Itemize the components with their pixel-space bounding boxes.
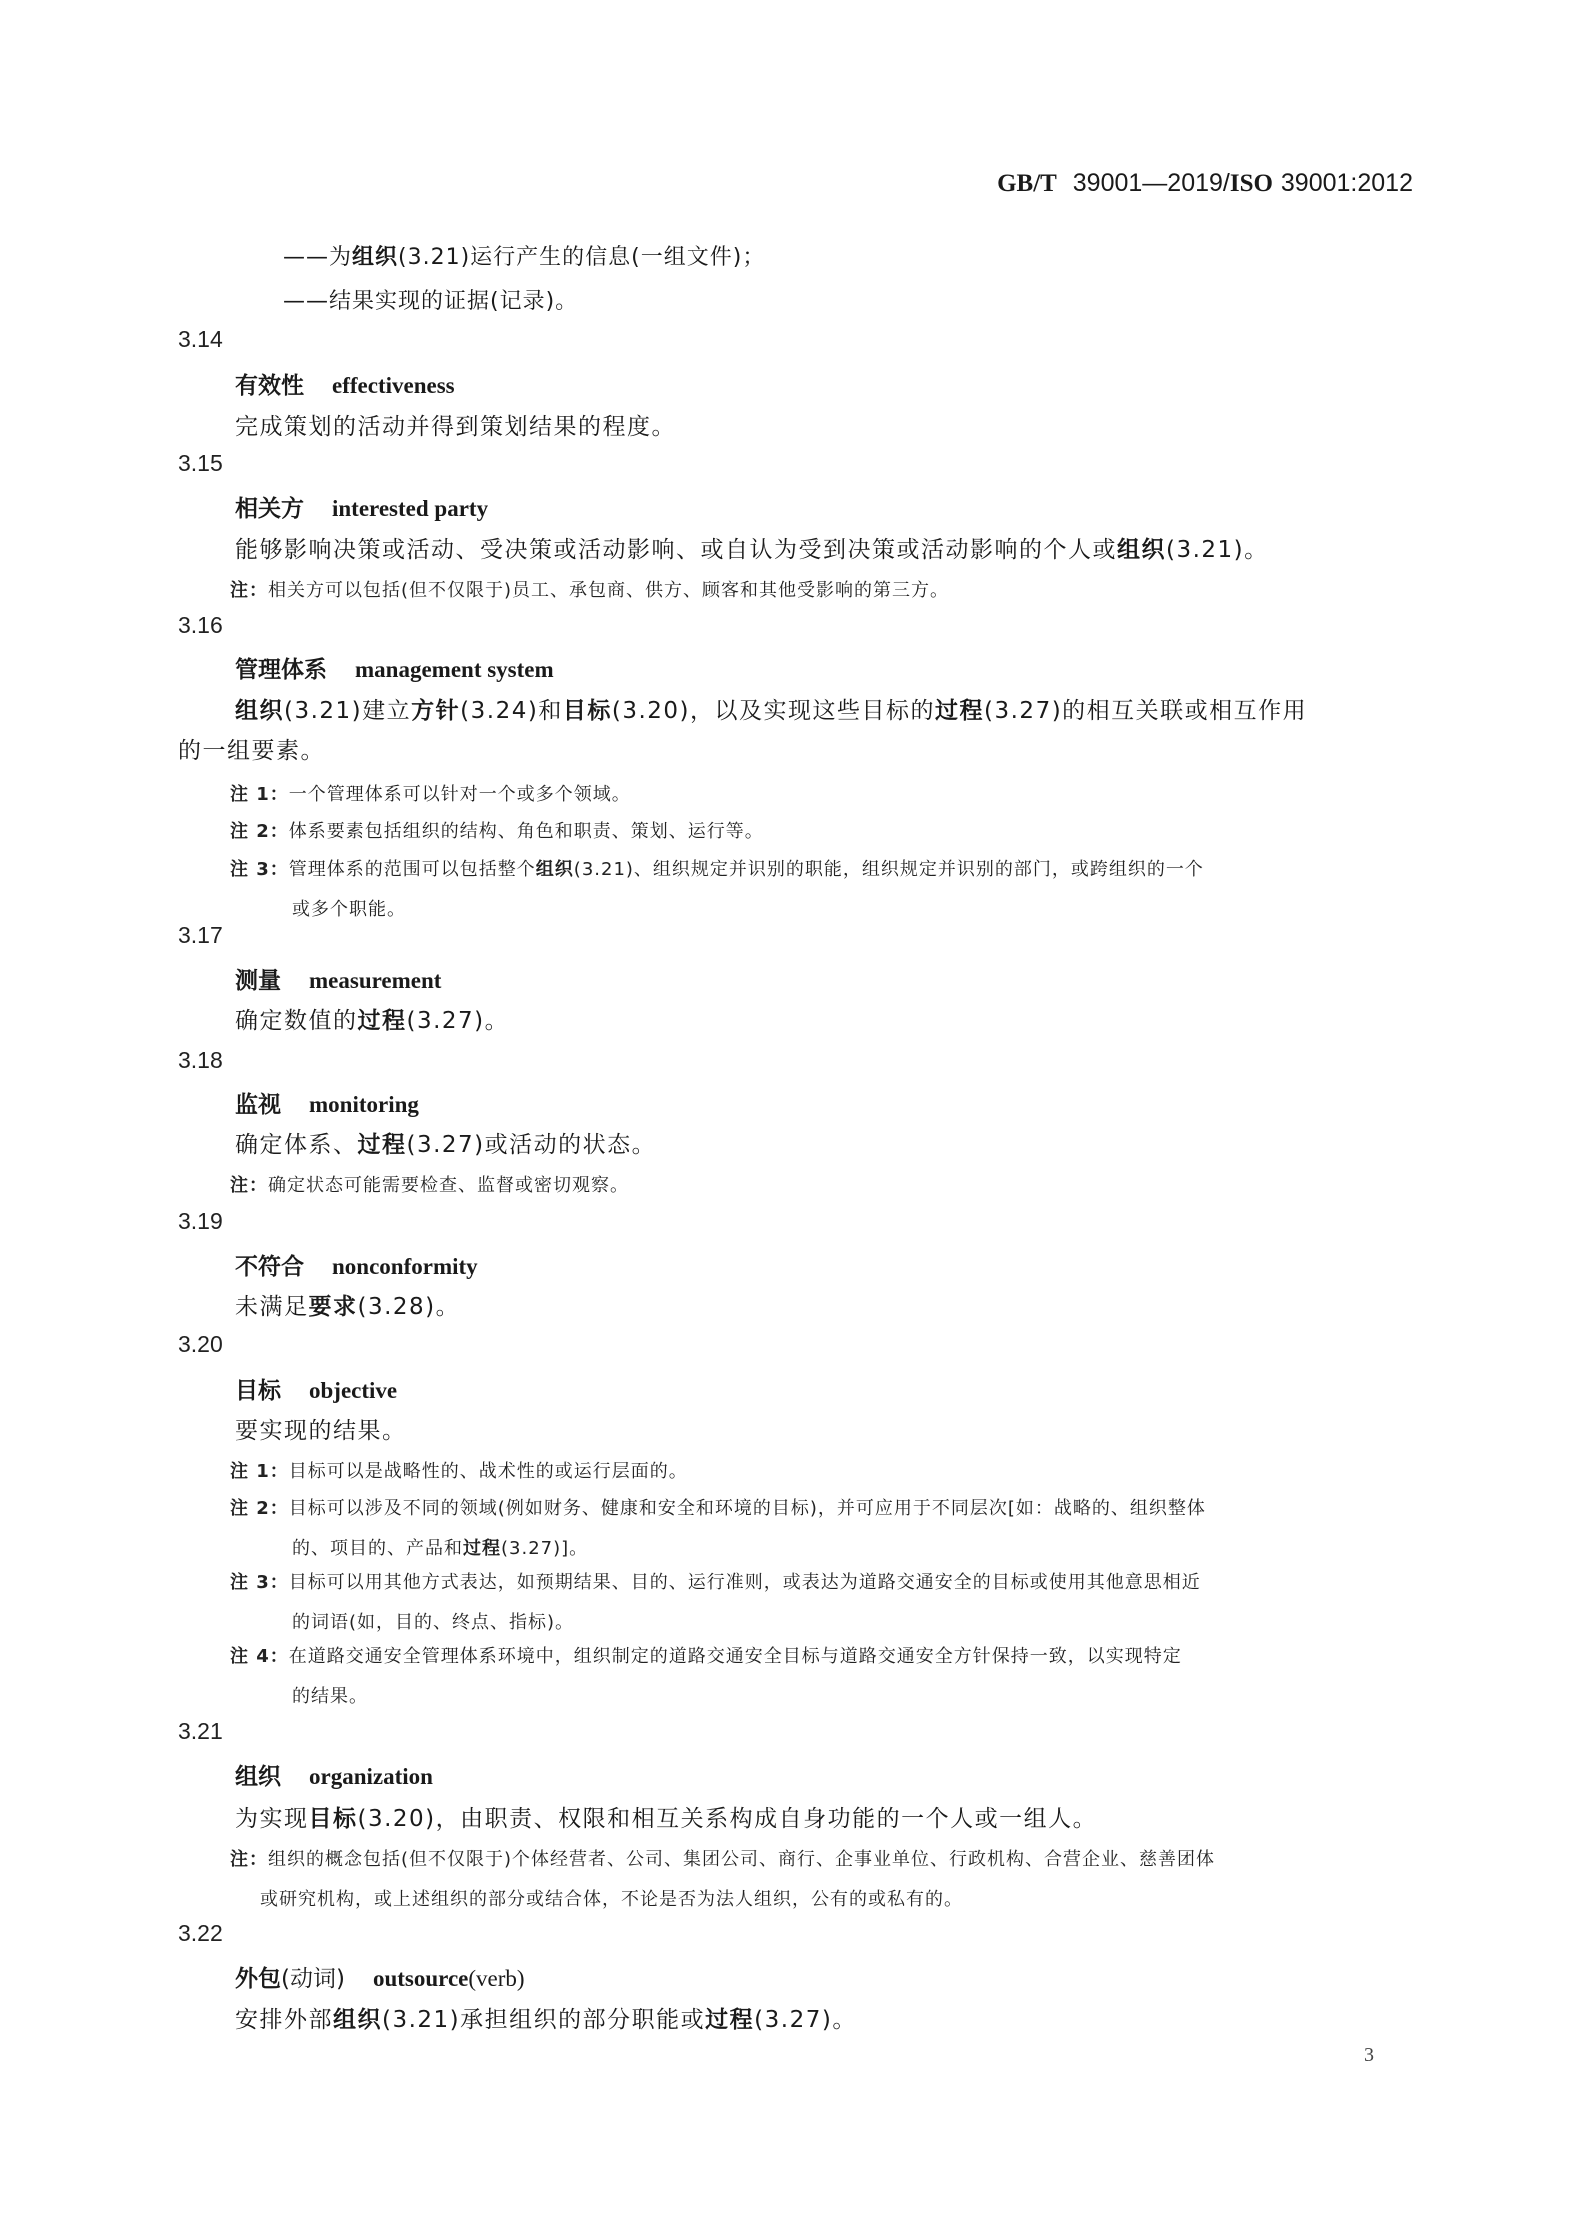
note-label: 注 3：: [230, 859, 289, 880]
definition-text: 安排外部: [235, 2007, 333, 2033]
note-continuation: 或研究机构，或上述组织的部分或结合体，不论是否为法人组织，公有的或私有的。: [260, 1885, 1215, 1911]
term-en: outsource: [373, 1966, 468, 1991]
definition: 确定数值的过程(3.27)。: [235, 1002, 509, 1035]
section-number: 3.16: [178, 612, 223, 639]
term-heading: 监视monitoring: [235, 1086, 419, 1119]
definition-text: (3.20)，由职责、权限和相互关系构成自身功能的一个人或一组人。: [358, 1806, 1098, 1832]
term-heading: 目标objective: [235, 1372, 397, 1405]
section-number: 3.19: [178, 1208, 223, 1235]
note-label: 注：: [230, 1175, 268, 1196]
term-heading: 不符合nonconformity: [235, 1248, 478, 1281]
term-zh: 相关方: [235, 496, 304, 522]
term-reference: 过程: [463, 1538, 501, 1559]
term-reference: 组织: [333, 2007, 382, 2033]
iso-prefix: ISO: [1230, 170, 1273, 197]
note-text: 目标可以是战略性的、战术性的或运行层面的。: [289, 1461, 688, 1482]
definition-text: (3.27)。: [754, 2007, 857, 2033]
definition-text: (3.27)。: [407, 1008, 510, 1034]
definition-text: 未满足: [235, 1294, 309, 1320]
note: 注 1：一个管理体系可以针对一个或多个领域。: [230, 780, 631, 806]
section-number: 3.21: [178, 1718, 223, 1745]
definition-continuation: 的一组要素。: [178, 732, 325, 765]
note-label: 注 2：: [230, 1498, 289, 1519]
note-continuation: 的词语(如，目的、终点、指标)。: [292, 1608, 1201, 1634]
note-text: 体系要素包括组织的结构、角色和职责、策划、运行等。: [289, 821, 764, 842]
term-reference: 组织: [235, 698, 284, 724]
term-en: monitoring: [309, 1092, 419, 1117]
note-text: (3.27)]。: [501, 1538, 588, 1559]
note: 注 2：目标可以涉及不同的领域(例如财务、健康和安全和环境的目标)，并可应用于不…: [230, 1494, 1206, 1560]
term-zh: 测量: [235, 968, 281, 994]
definition-text: (3.21)建立: [284, 698, 411, 724]
bullet-text: 结果实现的证据(记录)。: [329, 289, 578, 314]
term-reference: 过程: [935, 698, 984, 724]
note-label: 注 1：: [230, 1461, 289, 1482]
term-heading: 有效性effectiveness: [235, 367, 455, 400]
section-number: 3.14: [178, 326, 223, 353]
term-heading: 组织organization: [235, 1758, 433, 1791]
definition: 完成策划的活动并得到策划结果的程度。: [235, 408, 676, 441]
definition: 组织(3.21)建立方针(3.24)和目标(3.20)，以及实现这些目标的过程(…: [235, 692, 1307, 725]
definition-text: 能够影响决策或活动、受决策或活动影响、或自认为受到决策或活动影响的个人或: [235, 537, 1117, 563]
term-en: measurement: [309, 968, 441, 993]
term-zh: 管理体系: [235, 657, 327, 683]
definition-text: (3.21)承担组织的部分职能或: [382, 2007, 705, 2033]
definition-text: 确定数值的: [235, 1008, 358, 1034]
note: 注：确定状态可能需要检查、监督或密切观察。: [230, 1171, 629, 1197]
definition-text: (3.21)。: [1166, 537, 1269, 563]
term-heading: 相关方interested party: [235, 490, 488, 523]
section-number: 3.15: [178, 450, 223, 477]
note-label: 注 4：: [230, 1646, 289, 1667]
note: 注 1：目标可以是战略性的、战术性的或运行层面的。: [230, 1457, 688, 1483]
dash: ——: [283, 245, 329, 270]
term-reference: 过程: [358, 1008, 407, 1034]
section-number: 3.18: [178, 1047, 223, 1074]
term-zh: 监视: [235, 1092, 281, 1118]
definition-text: 为实现: [235, 1806, 309, 1832]
standard-number: 39001—2019/: [1073, 169, 1230, 197]
iso-number: 39001:2012: [1281, 169, 1413, 197]
term-en: objective: [309, 1378, 397, 1403]
definition: 安排外部组织(3.21)承担组织的部分职能或过程(3.27)。: [235, 2001, 857, 2034]
definition: 能够影响决策或活动、受决策或活动影响、或自认为受到决策或活动影响的个人或组织(3…: [235, 531, 1269, 564]
term-en: nonconformity: [332, 1254, 478, 1279]
term-reference: 组织: [536, 859, 574, 880]
note-text: 的、项目的、产品和: [292, 1538, 463, 1559]
note-label: 注 3：: [230, 1572, 289, 1593]
bullet-item: ——结果实现的证据(记录)。: [283, 284, 578, 315]
term-zh: 有效性: [235, 373, 304, 399]
bullet-text: (3.21)运行产生的信息(一组文件)；: [398, 245, 765, 270]
term-reference: 方针: [411, 698, 460, 724]
note-text: 目标可以用其他方式表达，如预期结果、目的、运行准则，或表达为道路交通安全的目标或…: [289, 1572, 1201, 1593]
section-number: 3.17: [178, 922, 223, 949]
term-zh: 目标: [235, 1378, 281, 1404]
term-heading: 测量measurement: [235, 962, 441, 995]
term-reference: 过程: [358, 1132, 407, 1158]
note-text: 管理体系的范围可以包括整个: [289, 859, 536, 880]
note-continuation: 或多个职能。: [292, 895, 1204, 921]
standard-prefix: GB/T: [997, 170, 1057, 197]
term-zh: 外包: [235, 1966, 281, 1992]
term-en: effectiveness: [332, 373, 455, 398]
term-reference: 过程: [705, 2007, 754, 2033]
term-reference: 要求: [309, 1294, 358, 1320]
term-reference: 组织: [1117, 537, 1166, 563]
note-text: (3.21)、组织规定并识别的职能，组织规定并识别的部门，或跨组织的一个: [574, 859, 1204, 880]
bullet-text: 为: [329, 245, 352, 270]
note-label: 注 1：: [230, 784, 289, 805]
definition-text: (3.24)和: [460, 698, 563, 724]
definition-text: (3.28)。: [358, 1294, 461, 1320]
term-heading: 管理体系management system: [235, 651, 554, 684]
definition-text: 确定体系、: [235, 1132, 358, 1158]
term-reference: 目标: [563, 698, 612, 724]
definition-text: (3.20)，以及实现这些目标的: [612, 698, 935, 724]
term-reference: 组织: [352, 245, 398, 270]
definition: 确定体系、过程(3.27)或活动的状态。: [235, 1126, 656, 1159]
note-text: 确定状态可能需要检查、监督或密切观察。: [268, 1175, 629, 1196]
note-label: 注：: [230, 1849, 268, 1870]
note-label: 注：: [230, 580, 268, 601]
note-text: 目标可以涉及不同的领域(例如财务、健康和安全和环境的目标)，并可应用于不同层次[…: [289, 1498, 1206, 1519]
term-en-qualifier: (verb): [468, 1966, 524, 1991]
term-en: interested party: [332, 496, 488, 521]
definition: 为实现目标(3.20)，由职责、权限和相互关系构成自身功能的一个人或一组人。: [235, 1800, 1097, 1833]
term-reference: 目标: [309, 1806, 358, 1832]
section-number: 3.20: [178, 1331, 223, 1358]
note: 注 4：在道路交通安全管理体系环境中，组织制定的道路交通安全目标与道路交通安全方…: [230, 1642, 1182, 1708]
note: 注 2：体系要素包括组织的结构、角色和职责、策划、运行等。: [230, 817, 764, 843]
definition-text: (3.27)的相互关联或相互作用: [984, 698, 1307, 724]
term-heading: 外包(动词)outsource(verb): [235, 1960, 525, 1993]
note-text: 组织的概念包括(但不仅限于)个体经营者、公司、集团公司、商行、企事业单位、行政机…: [268, 1849, 1215, 1870]
term-zh: 组织: [235, 1764, 281, 1790]
definition: 要实现的结果。: [235, 1412, 407, 1445]
note-text: 相关方可以包括(但不仅限于)员工、承包商、供方、顾客和其他受影响的第三方。: [268, 580, 949, 601]
page-number: 3: [1364, 2044, 1374, 2067]
note-continuation: 的、项目的、产品和过程(3.27)]。: [292, 1534, 1206, 1560]
note: 注：相关方可以包括(但不仅限于)员工、承包商、供方、顾客和其他受影响的第三方。: [230, 576, 949, 602]
note: 注 3：管理体系的范围可以包括整个组织(3.21)、组织规定并识别的职能，组织规…: [230, 855, 1204, 921]
note-text: 一个管理体系可以针对一个或多个领域。: [289, 784, 631, 805]
section-number: 3.22: [178, 1920, 223, 1947]
note-continuation: 的结果。: [292, 1682, 1182, 1708]
note-label: 注 2：: [230, 821, 289, 842]
term-en: management system: [355, 657, 554, 682]
term-zh-qualifier: (动词): [281, 1966, 345, 1992]
definition: 未满足要求(3.28)。: [235, 1288, 460, 1321]
dash: ——: [283, 289, 329, 314]
note-text: 在道路交通安全管理体系环境中，组织制定的道路交通安全目标与道路交通安全方针保持一…: [289, 1646, 1182, 1667]
term-en: organization: [309, 1764, 433, 1789]
note: 注 3：目标可以用其他方式表达，如预期结果、目的、运行准则，或表达为道路交通安全…: [230, 1568, 1201, 1634]
bullet-item: ——为组织(3.21)运行产生的信息(一组文件)；: [283, 240, 765, 271]
definition-text: (3.27)或活动的状态。: [407, 1132, 657, 1158]
term-zh: 不符合: [235, 1254, 304, 1280]
note: 注：组织的概念包括(但不仅限于)个体经营者、公司、集团公司、商行、企事业单位、行…: [230, 1845, 1215, 1911]
document-header: GB/T 39001—2019/ISO 39001:2012: [0, 168, 1413, 198]
